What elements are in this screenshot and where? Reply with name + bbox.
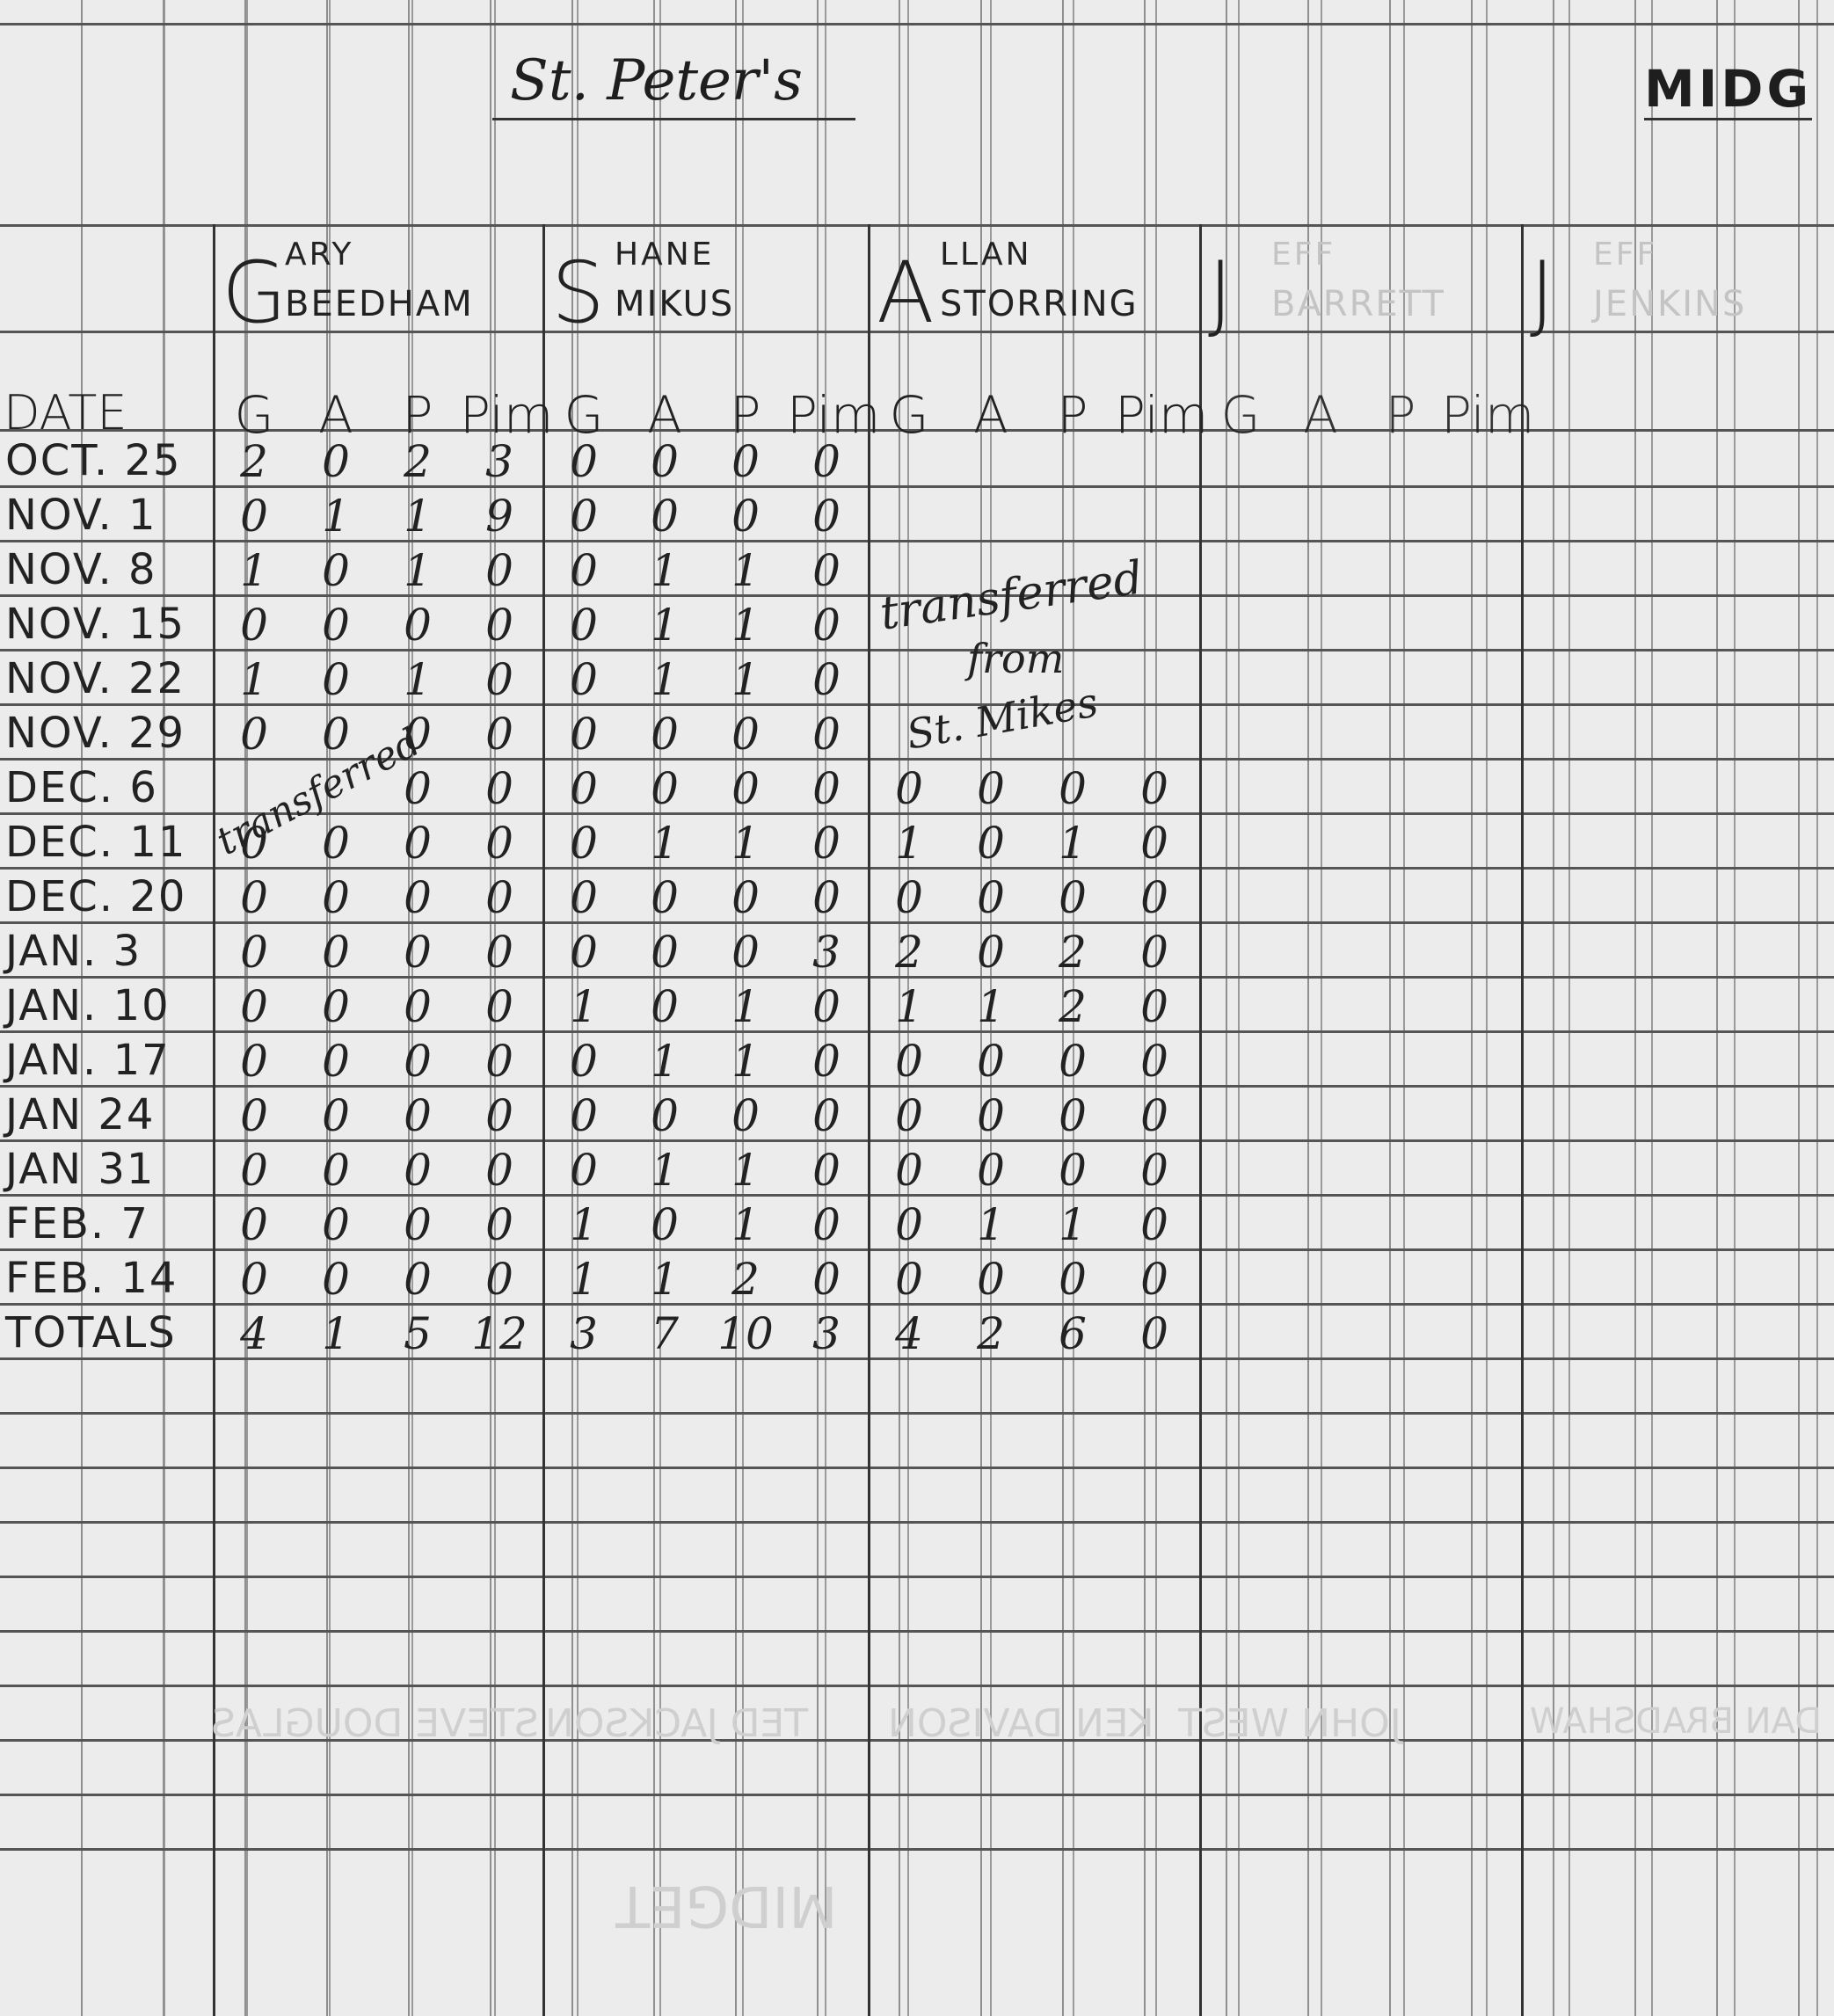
stat-cell: 0 <box>544 872 623 923</box>
stat-cell: 1 <box>870 981 949 1032</box>
stat-cell: 2 <box>1033 981 1112 1032</box>
stat-cell: 1 <box>625 654 704 705</box>
stat-cell: 0 <box>706 436 785 487</box>
stat-cell: 1 <box>544 1254 623 1305</box>
stat-cell: 0 <box>787 491 866 542</box>
player-initial: J <box>1530 244 1554 342</box>
stat-cell: 0 <box>296 1254 375 1305</box>
stat-cell: 0 <box>544 654 623 705</box>
stat-cell: 0 <box>460 545 539 596</box>
stat-cell: 0 <box>215 709 294 760</box>
stat-cell: 0 <box>296 654 375 705</box>
stat-cell: 0 <box>296 436 375 487</box>
stat-cell: 0 <box>625 872 704 923</box>
stat-cell: 0 <box>1033 1145 1112 1196</box>
stat-cell: 1 <box>706 545 785 596</box>
game-date: JAN. 17 <box>5 1036 207 1085</box>
stat-column-header: P <box>1033 385 1112 445</box>
divider-player-5 <box>1521 224 1524 2016</box>
stat-cell: 0 <box>1115 927 1194 978</box>
stat-cell: 0 <box>296 1145 375 1196</box>
stat-cell: 0 <box>706 927 785 978</box>
stat-cell: 0 <box>951 818 1030 869</box>
row-rule <box>0 1576 1834 1578</box>
stat-cell: 3 <box>544 1308 623 1359</box>
player-first-name: EFF <box>1271 237 1335 273</box>
stat-cell: 0 <box>870 763 949 814</box>
stat-cell: 0 <box>1033 763 1112 814</box>
player-last-name: STORRING <box>940 284 1139 324</box>
stat-cell: 0 <box>215 1036 294 1087</box>
stat-cell: 0 <box>460 1036 539 1087</box>
stat-cell: 0 <box>378 1254 457 1305</box>
stat-cell: 0 <box>951 1090 1030 1141</box>
stat-cell: 0 <box>296 1199 375 1250</box>
stat-cell: 2 <box>951 1308 1030 1359</box>
stat-cell: 4 <box>870 1308 949 1359</box>
stat-cell: 0 <box>787 1199 866 1250</box>
stat-cell: 1 <box>296 491 375 542</box>
stat-cell: 0 <box>544 1090 623 1141</box>
player-initial: G <box>222 244 287 342</box>
stat-cell: 0 <box>544 545 623 596</box>
player-last-name: MIKUS <box>615 284 734 324</box>
bleed-name-1: STEVE DOUGLAS <box>211 1701 539 1746</box>
stat-cell: 0 <box>544 1145 623 1196</box>
stat-cell: 0 <box>378 1036 457 1087</box>
stat-cell: 0 <box>378 818 457 869</box>
stat-cell: 0 <box>870 1254 949 1305</box>
stat-cell: 0 <box>544 709 623 760</box>
row-rule <box>0 1412 1834 1415</box>
row-rule <box>0 1685 1834 1687</box>
stat-cell: 9 <box>460 491 539 542</box>
stat-column-header: P <box>1361 385 1440 445</box>
bleed-name-3: KEN DAVISON <box>888 1701 1154 1746</box>
stat-cell: 0 <box>951 1254 1030 1305</box>
stat-cell: 1 <box>951 981 1030 1032</box>
player-last-name: BEEDHAM <box>285 284 474 324</box>
stat-cell: 3 <box>787 1308 866 1359</box>
player-header-jenkins-bleed: J EFF JENKINS <box>1523 224 1834 334</box>
stat-cell: 0 <box>870 1199 949 1250</box>
stat-cell: 0 <box>625 981 704 1032</box>
stat-cell: 0 <box>215 600 294 651</box>
stat-cell: 1 <box>378 491 457 542</box>
rule-top <box>0 23 1834 25</box>
stat-cell: 2 <box>378 436 457 487</box>
stat-cell: 0 <box>460 654 539 705</box>
stat-cell: 0 <box>1115 872 1194 923</box>
stat-cell: 0 <box>460 872 539 923</box>
game-date: NOV. 8 <box>5 545 207 594</box>
stat-cell: 0 <box>1033 872 1112 923</box>
stat-cell: 0 <box>378 927 457 978</box>
stat-cell: 1 <box>951 1199 1030 1250</box>
player-last-name: JENKINS <box>1593 284 1746 324</box>
stat-cell: 0 <box>951 872 1030 923</box>
stat-cell: 2 <box>870 927 949 978</box>
stat-cell: 1 <box>378 654 457 705</box>
stat-cell: 0 <box>787 1090 866 1141</box>
row-rule <box>0 1521 1834 1524</box>
stat-cell: 1 <box>378 545 457 596</box>
stat-cell: 0 <box>1115 1308 1194 1359</box>
game-date: FEB. 14 <box>5 1254 207 1303</box>
date-column-header: DATE <box>4 385 207 440</box>
stat-cell: 0 <box>544 927 623 978</box>
stat-cell: 2 <box>706 1254 785 1305</box>
player-initial: J <box>1208 244 1233 342</box>
stat-cell: 2 <box>215 436 294 487</box>
stat-cell: 0 <box>787 763 866 814</box>
stat-cell: 1 <box>215 545 294 596</box>
stat-cell: 0 <box>870 1090 949 1141</box>
stat-cell: 0 <box>460 1254 539 1305</box>
game-date: JAN. 3 <box>5 927 207 976</box>
bleed-name-2: TED JACKSON <box>545 1701 808 1746</box>
storring-transferred-note-3: St. Mikes <box>903 678 1102 758</box>
stat-column-header: Pim <box>1115 385 1194 445</box>
player-last-name: BARRETT <box>1271 284 1445 324</box>
stat-cell: 0 <box>787 654 866 705</box>
row-rule <box>0 1630 1834 1633</box>
stat-cell: 0 <box>787 818 866 869</box>
stat-cell: 1 <box>625 818 704 869</box>
stat-cell: 0 <box>296 927 375 978</box>
stat-cell: 0 <box>625 927 704 978</box>
stat-cell: 1 <box>544 1199 623 1250</box>
division-label: MIDG <box>1644 63 1812 120</box>
player-first-name: LLAN <box>940 237 1032 273</box>
game-date: DEC. 20 <box>5 872 207 921</box>
stat-column-header: Pim <box>1441 385 1520 445</box>
stat-cell: 2 <box>1033 927 1112 978</box>
stat-cell: 0 <box>787 872 866 923</box>
storring-transferred-note-1: transferred <box>877 551 1146 640</box>
stat-column-header: A <box>1281 385 1360 445</box>
stat-cell: 0 <box>378 1145 457 1196</box>
stat-cell: 1 <box>706 1036 785 1087</box>
stat-cell: 1 <box>625 545 704 596</box>
stat-cell: 0 <box>1115 981 1194 1032</box>
stat-cell: 1 <box>625 1145 704 1196</box>
player-first-name: HANE <box>615 237 714 273</box>
stat-cell: 0 <box>544 763 623 814</box>
game-date: NOV. 22 <box>5 654 207 703</box>
stat-cell: 0 <box>460 600 539 651</box>
stat-cell: 0 <box>787 709 866 760</box>
stat-cell: 0 <box>296 981 375 1032</box>
stat-cell: 1 <box>706 818 785 869</box>
stat-cell: 0 <box>870 1145 949 1196</box>
stat-cell: 0 <box>625 491 704 542</box>
stat-cell: 0 <box>544 491 623 542</box>
stat-cell: 0 <box>296 872 375 923</box>
stat-cell: 0 <box>787 600 866 651</box>
stat-cell: 0 <box>625 709 704 760</box>
stat-cell: 1 <box>706 1145 785 1196</box>
stat-cell: 0 <box>215 491 294 542</box>
player-header-storring: A LLAN STORRING <box>870 224 1197 334</box>
stat-cell: 1 <box>706 600 785 651</box>
stat-cell: 1 <box>706 981 785 1032</box>
stat-cell: 1 <box>215 654 294 705</box>
stat-cell: 0 <box>870 872 949 923</box>
stat-cell: 0 <box>951 763 1030 814</box>
stat-cell: 0 <box>544 436 623 487</box>
stat-cell: 0 <box>787 1254 866 1305</box>
stat-cell: 0 <box>460 709 539 760</box>
game-date: JAN 24 <box>5 1090 207 1139</box>
stat-cell: 0 <box>1115 1199 1194 1250</box>
stat-cell: 0 <box>625 436 704 487</box>
player-header-barrett-bleed: J EFF BARRETT <box>1201 224 1519 334</box>
stat-cell: 0 <box>378 600 457 651</box>
stat-cell: 0 <box>296 600 375 651</box>
team-title: St. Peter's <box>492 53 855 120</box>
stat-cell: 0 <box>460 1199 539 1250</box>
player-initial: S <box>551 244 605 342</box>
stat-column-header: A <box>951 385 1030 445</box>
stat-cell: 0 <box>625 1199 704 1250</box>
stat-cell: 0 <box>296 1036 375 1087</box>
stat-cell: 0 <box>706 491 785 542</box>
game-date: NOV. 1 <box>5 491 207 540</box>
game-date: DEC. 11 <box>5 818 207 867</box>
stat-cell: 0 <box>951 1145 1030 1196</box>
stat-cell: 7 <box>625 1308 704 1359</box>
player-header-mikus: S HANE MIKUS <box>544 224 866 334</box>
bleed-division-label: MIDGET <box>615 1873 838 1938</box>
game-date: JAN 31 <box>5 1145 207 1194</box>
stat-cell: 0 <box>544 1036 623 1087</box>
stat-cell: 1 <box>1033 818 1112 869</box>
stat-cell: 0 <box>460 763 539 814</box>
bleed-name-5: DAN BRADSHAW <box>1530 1701 1822 1742</box>
stat-cell: 0 <box>215 1145 294 1196</box>
stat-cell: 0 <box>378 872 457 923</box>
game-date: NOV. 15 <box>5 600 207 649</box>
stat-cell: 1 <box>625 1254 704 1305</box>
stat-cell: 1 <box>870 818 949 869</box>
stat-cell: 0 <box>215 1254 294 1305</box>
stat-cell: 0 <box>1033 1254 1112 1305</box>
stat-cell: 0 <box>1115 1036 1194 1087</box>
stat-cell: 0 <box>215 1199 294 1250</box>
stat-cell: 1 <box>625 1036 704 1087</box>
stat-cell: 0 <box>460 818 539 869</box>
stat-cell: 10 <box>706 1308 785 1359</box>
stat-cell: 0 <box>1115 818 1194 869</box>
stat-cell: 0 <box>378 981 457 1032</box>
stat-cell: 1 <box>706 1199 785 1250</box>
row-rule <box>0 1467 1834 1469</box>
divider-player-4 <box>1199 224 1202 2016</box>
stat-cell: 1 <box>625 600 704 651</box>
stat-column-header: G <box>870 385 949 445</box>
row-rule <box>0 1848 1834 1851</box>
player-initial: A <box>877 244 935 342</box>
stat-cell: 0 <box>296 545 375 596</box>
stat-cell: 0 <box>1033 1036 1112 1087</box>
scoresheet-page: St. Peter's MIDG G ARY BEEDHAM S HANE MI… <box>0 0 1834 2016</box>
game-date: FEB. 7 <box>5 1199 207 1248</box>
stat-cell: 0 <box>951 1036 1030 1087</box>
stat-cell: 1 <box>544 981 623 1032</box>
stat-cell: 0 <box>787 981 866 1032</box>
bleed-name-4: JOHN WEST <box>1178 1701 1401 1746</box>
stat-cell: 0 <box>1115 1145 1194 1196</box>
stat-cell: 6 <box>1033 1308 1112 1359</box>
stat-cell: 0 <box>1115 1090 1194 1141</box>
row-rule <box>0 1794 1834 1796</box>
stat-cell: 0 <box>787 1145 866 1196</box>
stat-cell: 0 <box>1033 1090 1112 1141</box>
stat-cell: 5 <box>378 1308 457 1359</box>
stat-cell: 0 <box>625 1090 704 1141</box>
stat-cell: 0 <box>951 927 1030 978</box>
player-first-name: ARY <box>285 237 353 273</box>
stat-cell: 0 <box>296 1090 375 1141</box>
stat-cell: 0 <box>706 872 785 923</box>
player-header-beedham: G ARY BEEDHAM <box>215 224 542 334</box>
stat-cell: 0 <box>706 709 785 760</box>
stat-cell: 0 <box>215 872 294 923</box>
stat-cell: 0 <box>787 545 866 596</box>
stat-cell: 0 <box>378 1199 457 1250</box>
stat-cell: 0 <box>460 981 539 1032</box>
stat-cell: 0 <box>625 763 704 814</box>
stat-cell: 0 <box>215 1090 294 1141</box>
stat-cell: 0 <box>460 1090 539 1141</box>
stat-cell: 0 <box>870 1036 949 1087</box>
stat-cell: 0 <box>296 818 375 869</box>
game-date: OCT. 25 <box>5 436 207 485</box>
stat-cell: 0 <box>215 981 294 1032</box>
stat-cell: 0 <box>1115 763 1194 814</box>
stat-cell: 4 <box>215 1308 294 1359</box>
stat-cell: 0 <box>706 1090 785 1141</box>
stat-cell: 0 <box>460 927 539 978</box>
stat-cell: 0 <box>544 600 623 651</box>
game-date: JAN. 10 <box>5 981 207 1030</box>
stat-cell: 0 <box>787 436 866 487</box>
player-first-name: EFF <box>1593 237 1657 273</box>
stat-cell: 0 <box>215 927 294 978</box>
stat-cell: 1 <box>296 1308 375 1359</box>
stat-cell: 12 <box>460 1308 539 1359</box>
stat-cell: 0 <box>544 818 623 869</box>
stat-cell: 0 <box>706 763 785 814</box>
game-date: DEC. 6 <box>5 763 207 812</box>
stat-cell: 0 <box>460 1145 539 1196</box>
stat-cell: 3 <box>787 927 866 978</box>
storring-transferred-note-2: from <box>967 635 1064 682</box>
stat-cell: 0 <box>787 1036 866 1087</box>
stat-cell: 1 <box>1033 1199 1112 1250</box>
stat-cell: 0 <box>1115 1254 1194 1305</box>
stat-cell: 0 <box>378 1090 457 1141</box>
game-date: NOV. 29 <box>5 709 207 758</box>
stat-column-header: G <box>1201 385 1280 445</box>
stat-cell: 1 <box>706 654 785 705</box>
stat-cell: 3 <box>460 436 539 487</box>
totals-label: TOTALS <box>5 1308 207 1357</box>
